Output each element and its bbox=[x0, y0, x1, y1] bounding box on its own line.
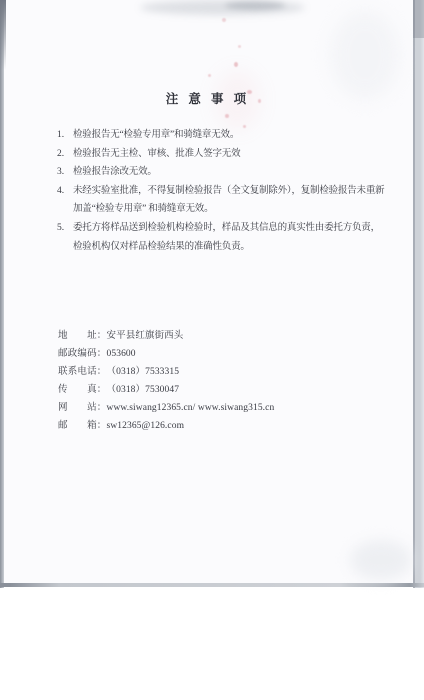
notice-item-line: 未经实验室批准，不得复制检验报告（全文复制除外），复制检验报告未重新 bbox=[73, 182, 387, 201]
ink-bleed-speck bbox=[225, 114, 229, 118]
notice-list: 1. 检验报告无“检验专用章”和骑缝章无效。 2. 检验报告无主检、审核、批准人… bbox=[57, 126, 387, 256]
contact-row-phone: 联系电话：（0318）7533315 bbox=[58, 363, 398, 381]
contact-row-email: 邮 箱：sw12365@126.com bbox=[58, 417, 398, 435]
ink-bleed-speck bbox=[222, 18, 226, 22]
scan-shading bbox=[350, 540, 412, 580]
notice-item: 4. 未经实验室批准，不得复制检验报告（全文复制除外），复制检验报告未重新 加盖… bbox=[57, 182, 387, 219]
contact-value: sw12365@126.com bbox=[107, 421, 185, 431]
ink-bleed-speck bbox=[234, 62, 238, 67]
contact-value: （0318）7533315 bbox=[107, 367, 180, 377]
contact-row-address: 地 址：安平县红旗街西头 bbox=[58, 327, 398, 345]
notice-item: 3. 检验报告涂改无效。 bbox=[57, 163, 387, 182]
scan-edge-right-top bbox=[413, 0, 424, 38]
notice-item-line: 检验报告涂改无效。 bbox=[73, 163, 387, 182]
notice-item: 2. 检验报告无主检、审核、批准人签字无效 bbox=[57, 145, 387, 164]
scan-edge-left-top bbox=[0, 0, 6, 70]
page-title: 注 意 事 项 bbox=[0, 89, 414, 107]
notice-item-line: 委托方将样品送到检验机构检验时，样品及其信息的真实性由委托方负责， bbox=[73, 219, 387, 238]
contact-label: 传 真： bbox=[58, 381, 107, 399]
notice-item: 5. 委托方将样品送到检验机构检验时，样品及其信息的真实性由委托方负责， 检验机… bbox=[57, 219, 387, 256]
notice-item-number: 4. bbox=[57, 182, 64, 201]
notice-item-line: 检验报告无主检、审核、批准人签字无效 bbox=[73, 145, 387, 164]
notice-item-number: 5. bbox=[57, 219, 64, 238]
notice-item-line: 检验报告无“检验专用章”和骑缝章无效。 bbox=[73, 126, 387, 145]
contact-value: www.siwang12365.cn/ www.siwang315.cn bbox=[107, 403, 275, 413]
notice-item-line: 加盖“检验专用章” 和骑缝章无效。 bbox=[73, 200, 387, 219]
contact-row-fax: 传 真：（0318）7530047 bbox=[58, 381, 398, 399]
contact-label: 地 址： bbox=[58, 327, 107, 345]
notice-item-line: 检验机构仅对样品检验结果的准确性负责。 bbox=[73, 238, 387, 257]
contact-value: 053600 bbox=[107, 349, 136, 359]
scan-smudge bbox=[225, 1, 285, 10]
contact-value: 安平县红旗街西头 bbox=[107, 331, 184, 341]
notice-item-number: 2. bbox=[57, 145, 64, 164]
ink-bleed-speck bbox=[208, 74, 211, 77]
contact-label: 网 站： bbox=[58, 399, 107, 417]
scan-shading bbox=[330, 10, 400, 100]
scan-edge-right bbox=[413, 0, 424, 588]
contact-row-website: 网 站：www.siwang12365.cn/ www.siwang315.cn bbox=[58, 399, 398, 417]
scanned-document-page: 注 意 事 项 1. 检验报告无“检验专用章”和骑缝章无效。 2. 检验报告无主… bbox=[0, 0, 424, 700]
notice-item: 1. 检验报告无“检验专用章”和骑缝章无效。 bbox=[57, 126, 387, 145]
contact-row-postcode: 邮政编码：053600 bbox=[58, 345, 398, 363]
contact-value: （0318）7530047 bbox=[107, 385, 180, 395]
contact-info-block: 地 址：安平县红旗街西头 邮政编码：053600 联系电话：（0318）7533… bbox=[58, 327, 398, 435]
scan-edge-bottom bbox=[0, 583, 424, 587]
contact-label: 联系电话： bbox=[58, 363, 107, 381]
notice-item-number: 3. bbox=[57, 163, 64, 182]
contact-label: 邮 箱： bbox=[58, 417, 107, 435]
contact-label: 邮政编码： bbox=[58, 345, 107, 363]
notice-item-number: 1. bbox=[57, 126, 64, 145]
ink-bleed-speck bbox=[238, 45, 241, 48]
